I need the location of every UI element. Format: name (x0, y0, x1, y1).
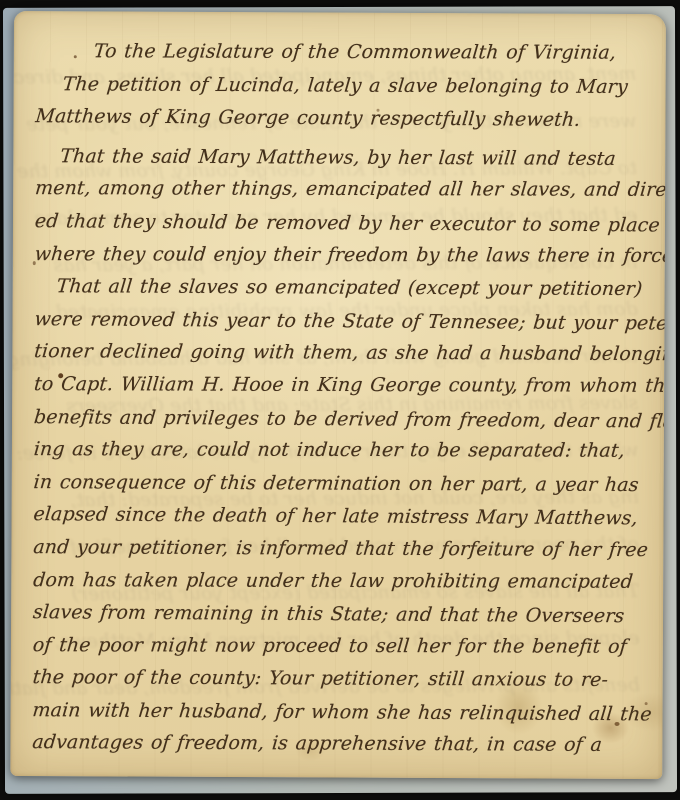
manuscript-line: The petition of Lucinda, lately a slave … (34, 68, 653, 104)
manuscript-line: That the said Mary Matthews, by her last… (34, 140, 653, 176)
manuscript-line: To the Legislature of the Commonwealth o… (34, 35, 653, 69)
manuscript-line: dom has taken place under the law prohib… (32, 564, 651, 598)
manuscript-line: slaves from remaining in this State; and… (32, 596, 651, 633)
manuscript-line: benefits and privileges to be derived fr… (32, 401, 651, 438)
foxing-speck (645, 702, 648, 705)
foxing-speck (377, 109, 380, 112)
foxing-speck (33, 261, 36, 265)
manuscript-line: ing as they are, could not induce her to… (32, 433, 651, 467)
petition-text: To the Legislature of the Commonwealth o… (10, 11, 666, 779)
manuscript-line: and your petitioner, is informed that th… (32, 531, 651, 567)
manuscript-line: where they could enjoy their freedom by … (33, 238, 652, 272)
foxing-speck (615, 722, 620, 726)
manuscript-line: That all the slaves so emancipated (exce… (33, 270, 652, 306)
foxing-speck (74, 55, 77, 58)
manuscript-line: Matthews of King George county respectfu… (34, 100, 653, 137)
manuscript-line: to Capt. William H. Hooe in King George … (33, 368, 652, 402)
foxing-speck (58, 373, 63, 378)
manuscript-page: ment, among other things, emancipated al… (10, 11, 666, 779)
manuscript-line: the poor of the county: Your petitioner,… (31, 661, 650, 697)
manuscript-line: main with her husband, for whom she has … (31, 694, 650, 731)
manuscript-line: tioner declined going with them, as she … (33, 335, 652, 371)
photographed-document-background: ment, among other things, emancipated al… (0, 0, 680, 800)
manuscript-line: ed that they should be removed by her ex… (33, 205, 652, 242)
manuscript-line: were removed this year to the State of T… (33, 303, 652, 340)
manuscript-line: elapsed since the death of her late mist… (32, 498, 651, 535)
manuscript-line: ment, among other things, emancipated al… (34, 172, 653, 206)
manuscript-line: in consequence of this determination on … (32, 466, 651, 502)
manuscript-line: advantages of freedom, is apprehensive t… (31, 727, 650, 763)
manuscript-line: of the poor might now proceed to sell he… (31, 629, 650, 663)
